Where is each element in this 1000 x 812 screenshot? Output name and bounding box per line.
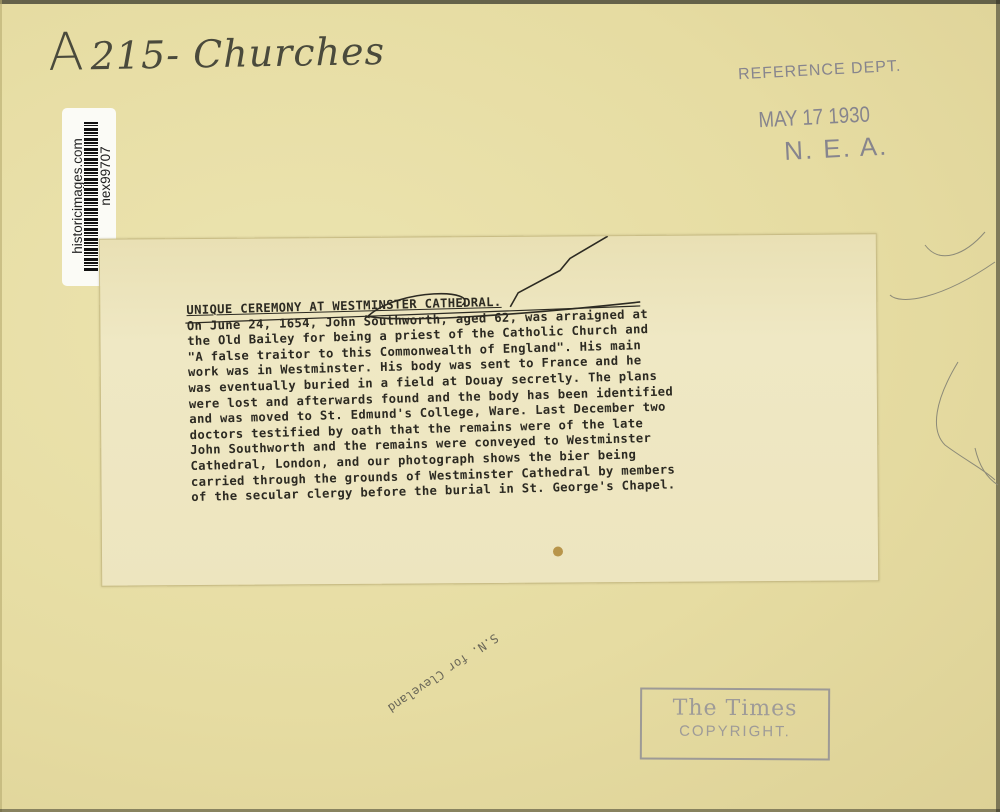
stamp-publisher-name: The Times <box>642 696 828 722</box>
upside-down-typed-note: S.N. for Cleveland <box>385 631 501 715</box>
stamp-copyright-label: COPYRIGHT. <box>642 723 828 741</box>
caption-text: UNIQUE CEREMONY AT WESTMINSTER CATHEDRAL… <box>186 286 831 505</box>
paper-edge-right <box>996 0 1000 812</box>
stamp-agency: N. E. A. <box>783 131 889 167</box>
reference-dept-stamp: REFERENCE DEPT. MAY 17 1930 N. E. A. <box>738 58 902 85</box>
barcode-icon <box>84 122 98 272</box>
handwritten-text: 215- Churches <box>90 29 385 78</box>
paper-edge-top <box>0 0 1000 4</box>
times-copyright-stamp: The Times COPYRIGHT. <box>640 688 830 761</box>
handwritten-prefix: A <box>48 22 86 83</box>
stamp-department: REFERENCE DEPT. <box>738 58 902 85</box>
stamp-date: MAY 17 1930 <box>758 101 871 133</box>
paper-edge-left <box>0 0 2 812</box>
caption-clipping: UNIQUE CEREMONY AT WESTMINSTER CATHEDRAL… <box>99 233 879 586</box>
pin-hole <box>553 546 563 556</box>
handwritten-catalog-note: A215- Churches <box>48 17 386 83</box>
